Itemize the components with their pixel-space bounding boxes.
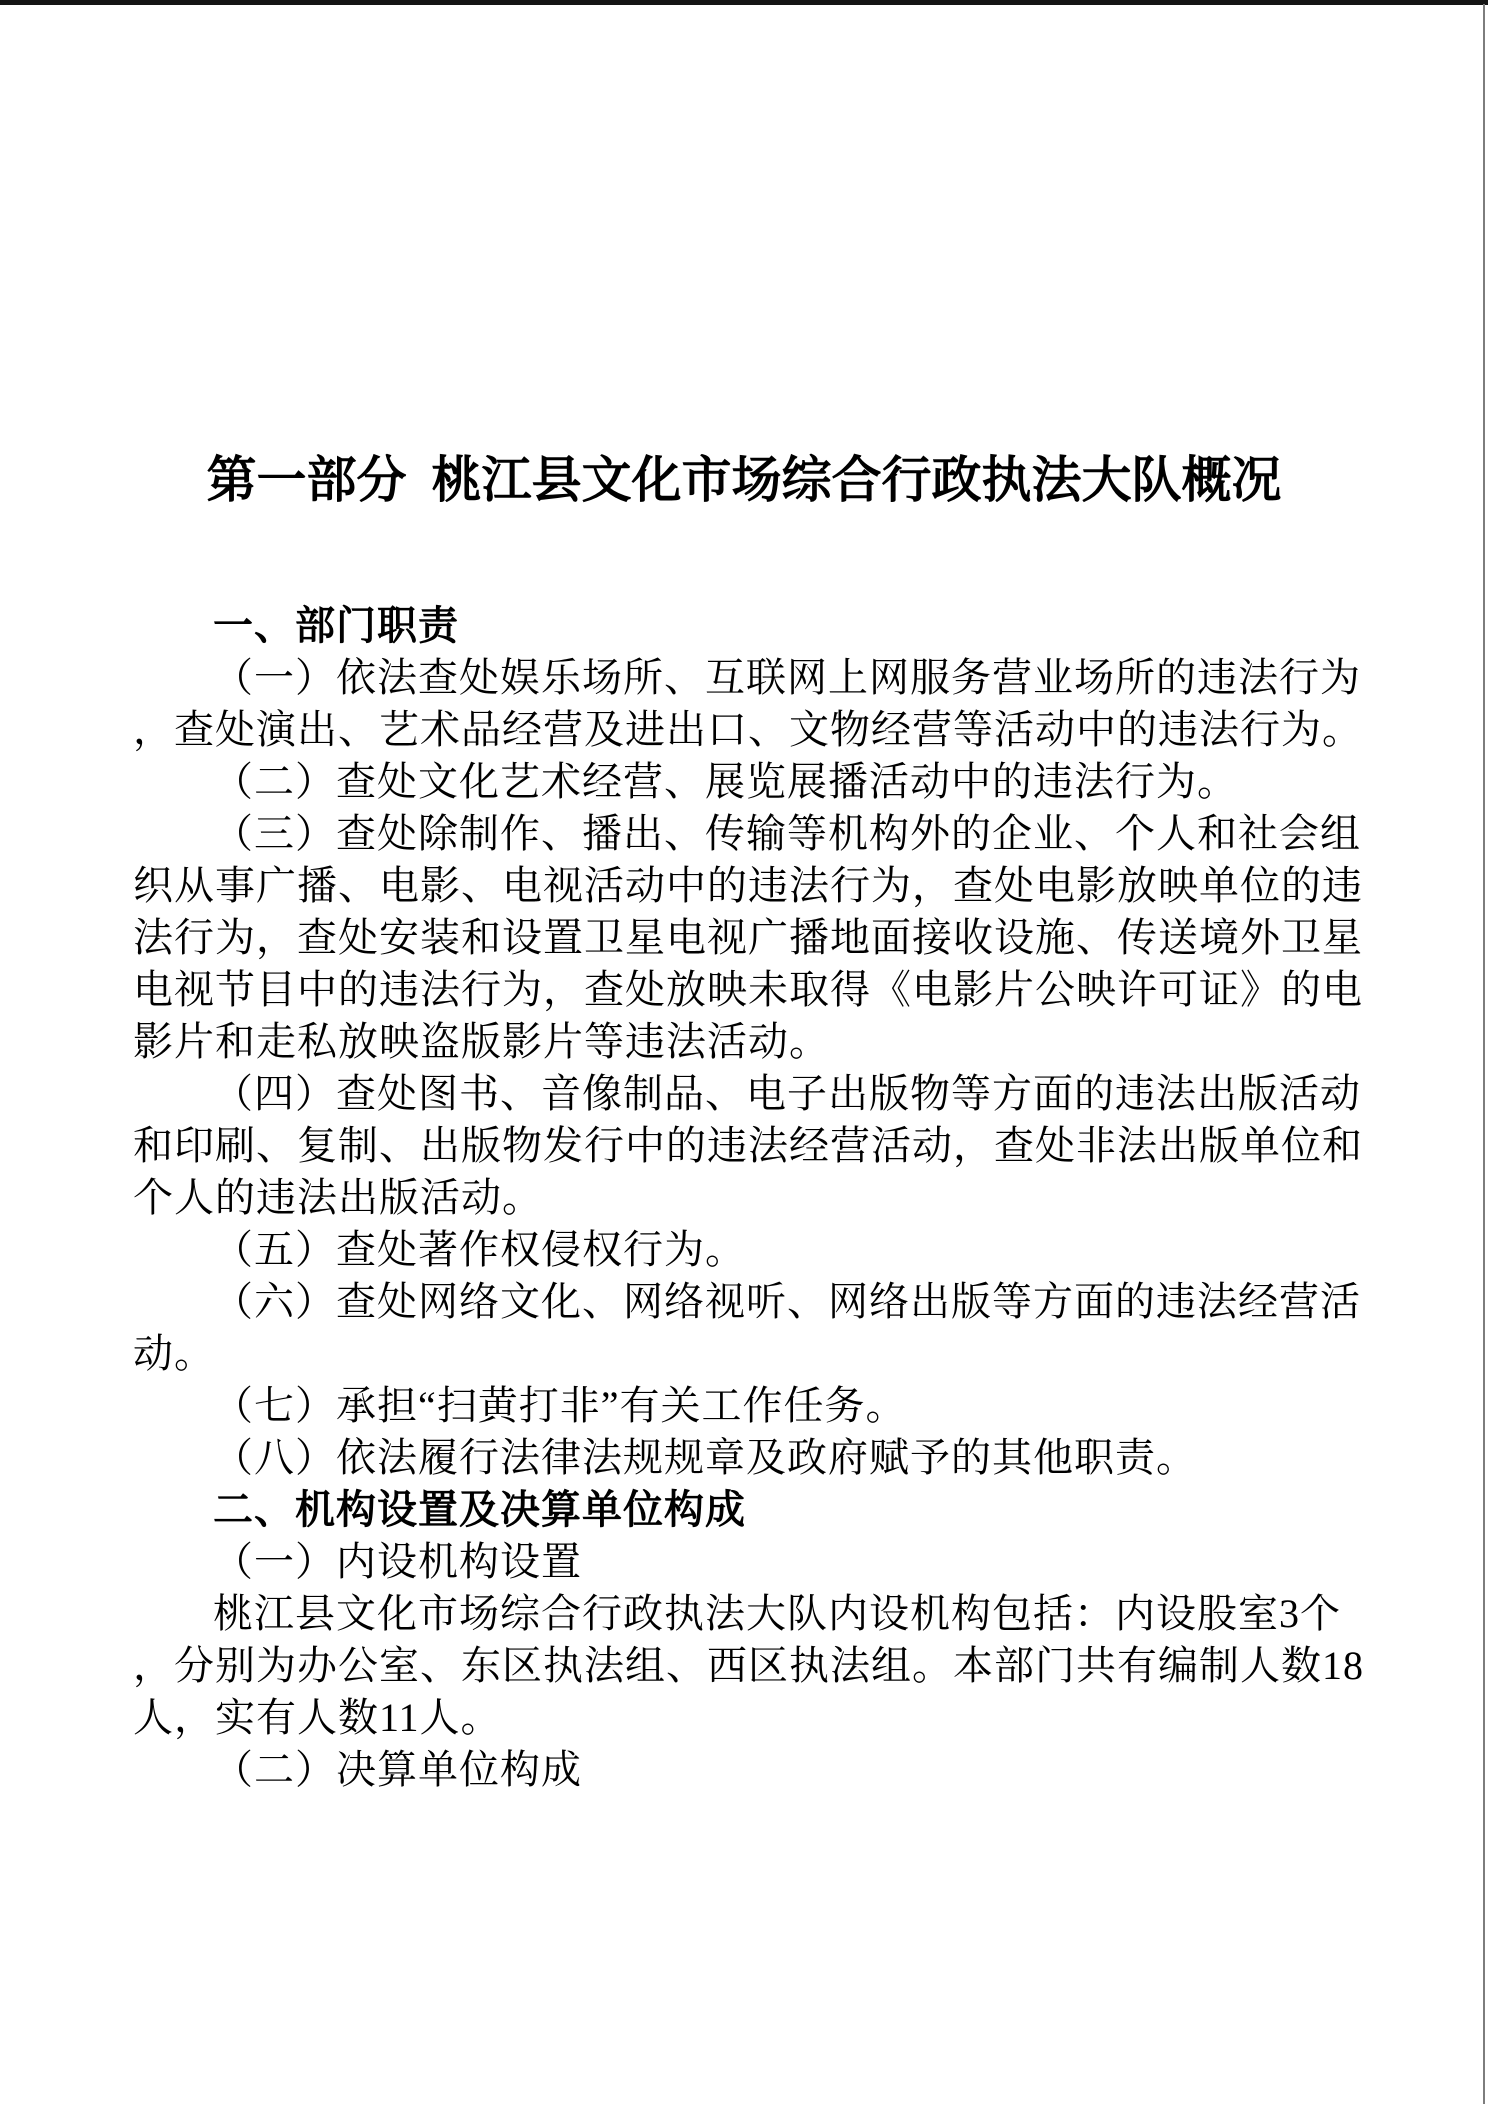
- text-line: 法行为，查处安装和设置卫星电视广播地面接收设施、传送境外卫星: [133, 912, 1373, 964]
- text-line: 织从事广播、电影、电视活动中的违法行为，查处电影放映单位的违: [133, 860, 1373, 912]
- document-title: 第一部分 桃江县文化市场综合行政执法大队概况: [0, 452, 1488, 508]
- text-line: 和印刷、复制、出版物发行中的违法经营活动，查处非法出版单位和: [133, 1120, 1373, 1172]
- text-line: （一）依法查处娱乐场所、互联网上网服务营业场所的违法行为: [133, 652, 1373, 704]
- text-line: （一）内设机构设置: [133, 1536, 1373, 1588]
- text-line: ，查处演出、艺术品经营及进出口、文物经营等活动中的违法行为。: [133, 704, 1373, 756]
- text-line: 人，实有人数11人。: [133, 1692, 1373, 1744]
- page-top-border: [0, 0, 1488, 5]
- document-page: 第一部分 桃江县文化市场综合行政执法大队概况 一、部门职责（一）依法查处娱乐场所…: [0, 0, 1488, 2104]
- text-line: （二）决算单位构成: [133, 1744, 1373, 1796]
- text-line: 影片和走私放映盗版影片等违法活动。: [133, 1016, 1373, 1068]
- text-line: （七）承担“扫黄打非”有关工作任务。: [133, 1380, 1373, 1432]
- text-line: 桃江县文化市场综合行政执法大队内设机构包括：内设股室3个: [133, 1588, 1373, 1640]
- text-line: 电视节目中的违法行为，查处放映未取得《电影片公映许可证》的电: [133, 964, 1373, 1016]
- section-heading: 一、部门职责: [133, 600, 1373, 652]
- document-body: 一、部门职责（一）依法查处娱乐场所、互联网上网服务营业场所的违法行为，查处演出、…: [133, 600, 1373, 1796]
- page-right-border: [1483, 4, 1485, 2104]
- text-line: （五）查处著作权侵权行为。: [133, 1224, 1373, 1276]
- text-line: 动。: [133, 1328, 1373, 1380]
- text-line: ，分别为办公室、东区执法组、西区执法组。本部门共有编制人数18: [133, 1640, 1373, 1692]
- text-line: （三）查处除制作、播出、传输等机构外的企业、个人和社会组: [133, 808, 1373, 860]
- section-heading: 二、机构设置及决算单位构成: [133, 1484, 1373, 1536]
- text-line: （八）依法履行法律法规规章及政府赋予的其他职责。: [133, 1432, 1373, 1484]
- text-line: （六）查处网络文化、网络视听、网络出版等方面的违法经营活: [133, 1276, 1373, 1328]
- text-line: （四）查处图书、音像制品、电子出版物等方面的违法出版活动: [133, 1068, 1373, 1120]
- text-line: （二）查处文化艺术经营、展览展播活动中的违法行为。: [133, 756, 1373, 808]
- text-line: 个人的违法出版活动。: [133, 1172, 1373, 1224]
